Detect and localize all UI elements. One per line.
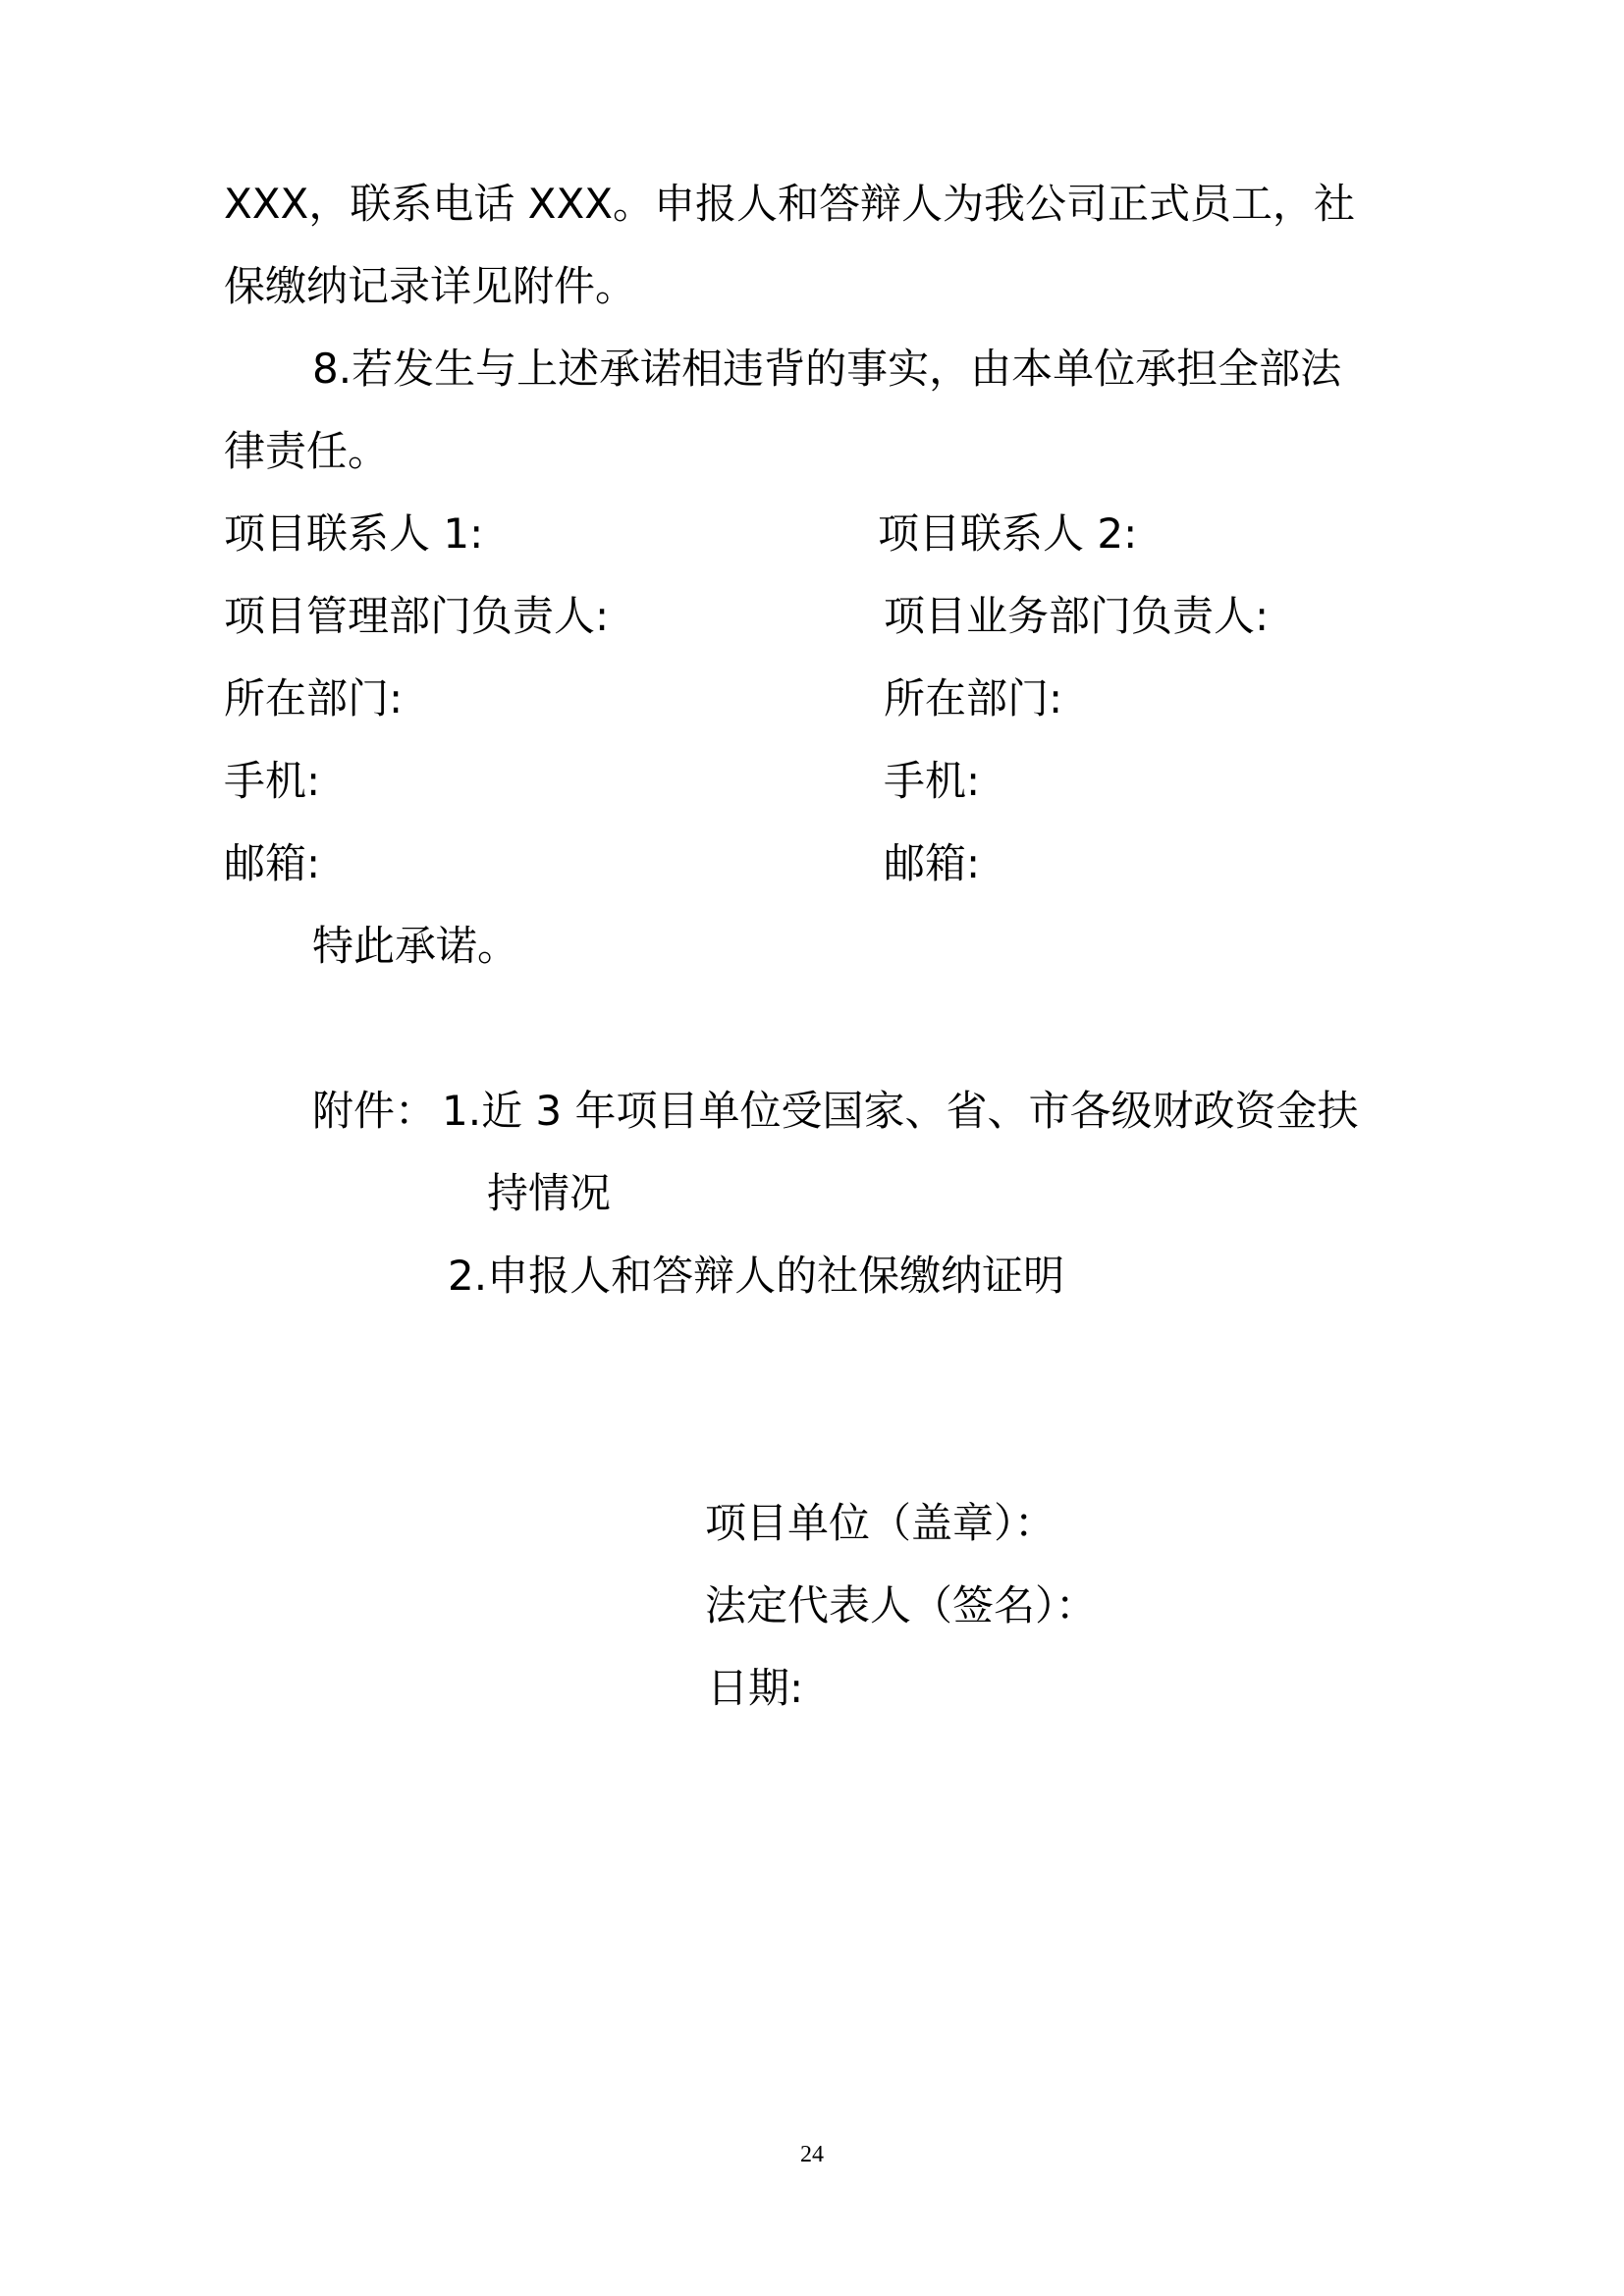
signature-legal-representative: 法定代表人（签名）： — [705, 1576, 1097, 1635]
paragraph-8-line-2: 律责任。 — [224, 422, 389, 481]
contact-1-title: 项目联系人 1: — [224, 505, 483, 563]
paragraph-7-line-2: 保缴纳记录详见附件。 — [224, 257, 636, 316]
closing-statement: 特此承诺。 — [312, 917, 518, 976]
contact-2-title: 项目联系人 2: — [878, 505, 1137, 563]
attachment-2: 2.申报人和答辩人的社保缴纳证明 — [448, 1247, 1064, 1306]
page-number: 24 — [0, 2140, 1624, 2169]
contact-1-department: 所在部门: — [224, 669, 403, 728]
attachment-1-line-2: 持情况 — [487, 1164, 611, 1223]
attachments-label: 附件： — [312, 1082, 436, 1141]
paragraph-8-line-1: 8.若发生与上述承诺相违背的事实，由本单位承担全部法 — [312, 340, 1341, 399]
signature-unit-seal: 项目单位（盖章）： — [705, 1494, 1056, 1553]
contact-2-phone: 手机: — [884, 752, 980, 811]
contact-2-business-head: 项目业务部门负责人: — [884, 587, 1269, 646]
contact-1-management-head: 项目管理部门负责人: — [224, 587, 609, 646]
document-page: XXX，联系电话 XXX。申报人和答辩人为我公司正式员工，社 保缴纳记录详见附件… — [0, 0, 1624, 2296]
attachment-1-line-1: 1.近 3 年项目单位受国家、省、市各级财政资金扶 — [442, 1082, 1359, 1141]
contact-2-department: 所在部门: — [884, 669, 1062, 728]
contact-1-email: 邮箱: — [224, 834, 320, 893]
contact-1-phone: 手机: — [224, 752, 320, 811]
contact-2-email: 邮箱: — [884, 834, 980, 893]
signature-date: 日期: — [707, 1659, 803, 1718]
paragraph-7-line-1: XXX，联系电话 XXX。申报人和答辩人为我公司正式员工，社 — [224, 175, 1355, 234]
